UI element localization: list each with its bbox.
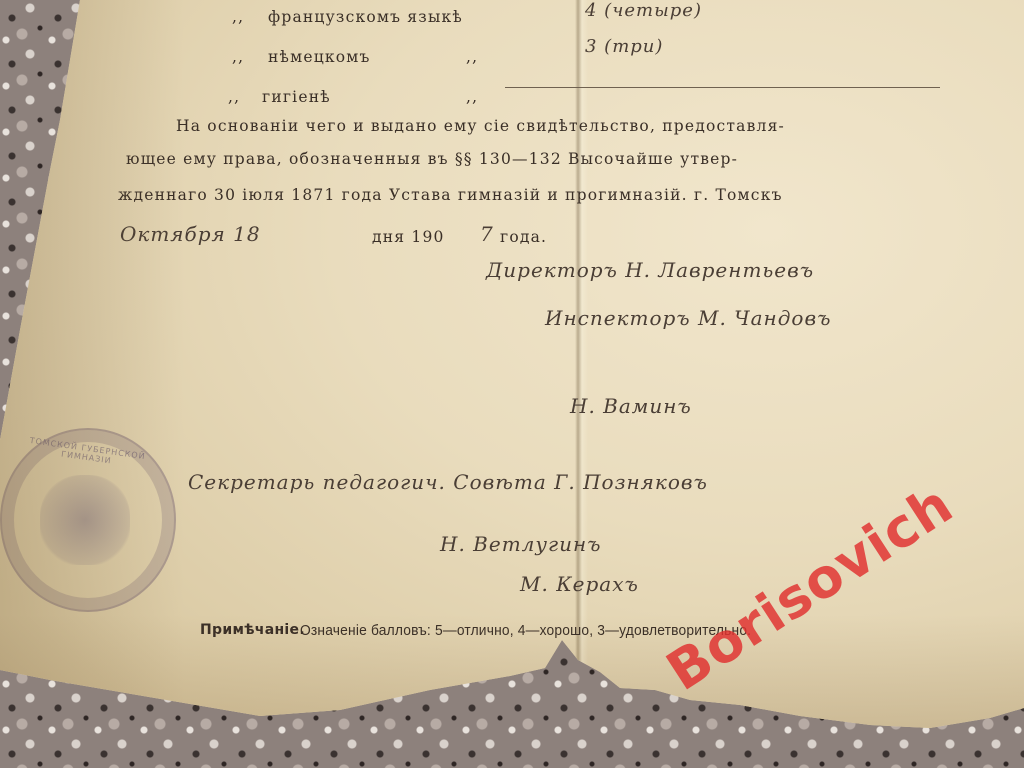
grade-german: 3 (три) — [585, 36, 663, 57]
signature-secretary: Секретарь педагогич. Совѣта Г. Позняковъ — [188, 470, 708, 494]
signature-director: Директоръ Н. Лаврентьевъ — [486, 258, 814, 282]
date-year-digit: 7 — [480, 222, 494, 246]
subject-french: французскомъ языкѣ — [268, 8, 463, 26]
double-headed-eagle-icon — [40, 475, 130, 565]
ditto-mark: ,, — [466, 48, 478, 66]
signature-teacher-3: М. Керахъ — [520, 572, 639, 596]
signature-teacher-1: Н. Ваминъ — [570, 394, 692, 418]
subject-german: нѣмецкомъ — [268, 48, 371, 66]
body-line-1: На основаніи чего и выдано ему сіе свидѣ… — [176, 117, 785, 135]
ditto-mark: ,, — [232, 48, 244, 66]
grade-french: 4 (четыре) — [585, 0, 702, 21]
seal-text: ТОМСКОЙ ГУБЕРНСКОЙ ГИМНАЗІИ — [21, 435, 152, 471]
ditto-mark: ,, — [466, 88, 478, 106]
date-end: года. — [500, 228, 547, 246]
ditto-mark: ,, — [232, 8, 244, 26]
grade-blank-line — [505, 87, 940, 88]
certificate-paper: ,, французскомъ языкѣ 4 (четыре) ,, нѣме… — [0, 0, 1024, 768]
body-line-3: жденнаго 30 іюля 1871 года Устава гимназ… — [118, 186, 783, 204]
signature-inspector: Инспекторъ М. Чандовъ — [545, 306, 831, 330]
body-line-2: ющее ему права, обозначенныя въ §§ 130—1… — [126, 150, 738, 168]
note-label: Примѣчаніе. — [200, 622, 305, 638]
subject-hygiene: гигіенѣ — [262, 88, 331, 106]
signature-teacher-2: Н. Ветлугинъ — [440, 532, 601, 556]
official-seal: ТОМСКОЙ ГУБЕРНСКОЙ ГИМНАЗІИ — [0, 428, 176, 612]
ditto-mark: ,, — [228, 88, 240, 106]
date-handwritten: Октября 18 — [120, 222, 261, 246]
date-printed: дня 190 — [372, 228, 445, 246]
